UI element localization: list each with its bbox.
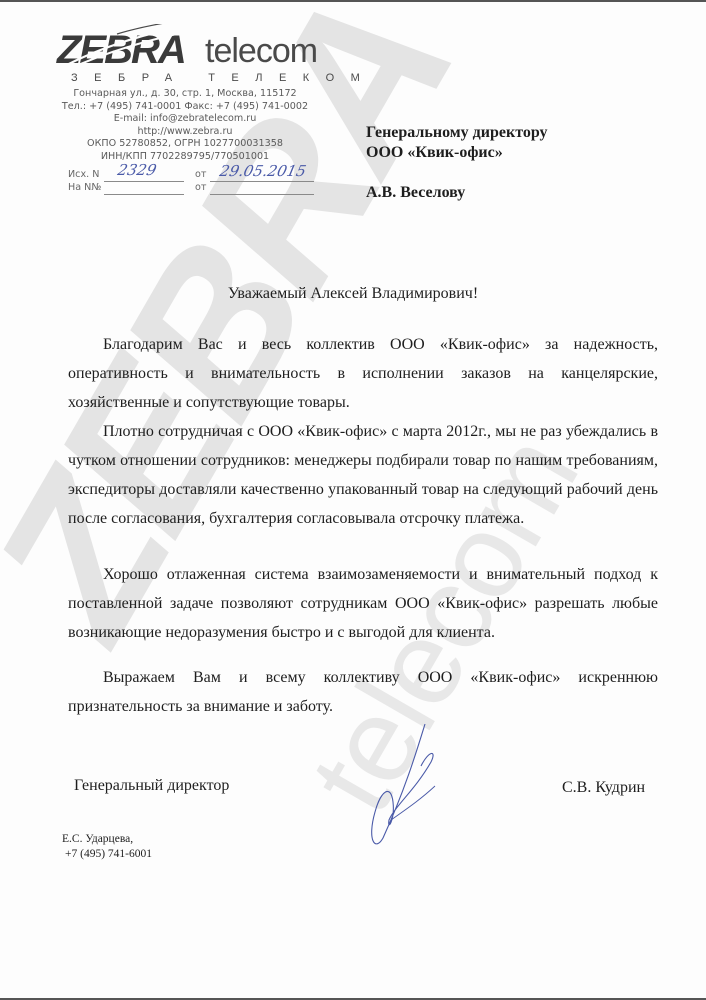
paragraph-text: Благодарим Вас и весь коллектив ООО «Кви…: [68, 330, 658, 417]
contact-website: http://www.zebra.ru: [60, 126, 310, 139]
letter-paragraph-2: Плотно сотрудничая с ООО «Квик-офис» с м…: [68, 417, 658, 533]
company-logo: ZEBRA telecom ЗЕБРА ТЕЛЕКОМ: [57, 30, 337, 82]
handwritten-signature-icon: [365, 720, 445, 850]
outgoing-number-line: [104, 181, 184, 182]
reply-number-line: [104, 194, 184, 195]
scan-top-border: [0, 0, 706, 2]
contact-phone-fax: Тел.: +7 (495) 741-0001 Факс: +7 (495) 7…: [60, 101, 310, 114]
paragraph-text: Плотно сотрудничая с ООО «Квик-офис» с м…: [68, 417, 658, 533]
outgoing-number-label: Исх. N: [68, 169, 99, 180]
letter-paragraph-4: Выражаем Вам и всему коллективу ООО «Кви…: [68, 663, 658, 721]
logo-telecom-text: telecom: [205, 32, 317, 70]
addressee-name: А.В. Веселову: [366, 183, 548, 203]
signatory-title: Генеральный директор: [74, 777, 229, 795]
addressee-block: Генеральному директору ООО «Квик-офис» А…: [366, 123, 548, 203]
reply-number-label: На N№: [68, 182, 101, 193]
contact-address: Гончарная ул., д. 30, стр. 1, Москва, 11…: [60, 88, 310, 101]
letter-paragraph-3: Хорошо отлаженная система взаимозаменяем…: [68, 560, 658, 647]
paragraph-text: Хорошо отлаженная система взаимозаменяем…: [68, 560, 658, 647]
outgoing-number-handwritten: 2329: [116, 161, 158, 179]
paragraph-text: Выражаем Вам и всему коллективу ООО «Кви…: [68, 663, 658, 721]
reply-date-label: от: [195, 182, 206, 193]
addressee-position: Генеральному директору: [366, 123, 548, 143]
logo-swoosh-icon: [57, 24, 207, 72]
letter-greeting: Уважаемый Алексей Владимирович!: [0, 285, 706, 303]
executor-phone: +7 (495) 741-6001: [62, 847, 152, 862]
reply-date-line: [210, 194, 314, 195]
outgoing-date-label: от: [195, 169, 206, 180]
logo-subtitle: ЗЕБРА ТЕЛЕКОМ: [71, 72, 376, 84]
letter-paragraph-1: Благодарим Вас и весь коллектив ООО «Кви…: [68, 330, 658, 417]
addressee-company: ООО «Квик-офис»: [366, 143, 548, 163]
contact-email: E-mail: info@zebratelecom.ru: [60, 113, 310, 126]
executor-name: Е.С. Ударцева,: [62, 832, 152, 847]
contact-okpo-ogrn: ОКПО 52780852, ОГРН 1027700031358: [60, 138, 310, 151]
outgoing-date-line: [210, 181, 314, 182]
executor-block: Е.С. Ударцева, +7 (495) 741-6001: [62, 832, 152, 862]
company-contacts: Гончарная ул., д. 30, стр. 1, Москва, 11…: [60, 88, 310, 164]
outgoing-date-handwritten: 29.05.2015: [218, 162, 308, 180]
signatory-name: С.В. Кудрин: [562, 779, 645, 797]
